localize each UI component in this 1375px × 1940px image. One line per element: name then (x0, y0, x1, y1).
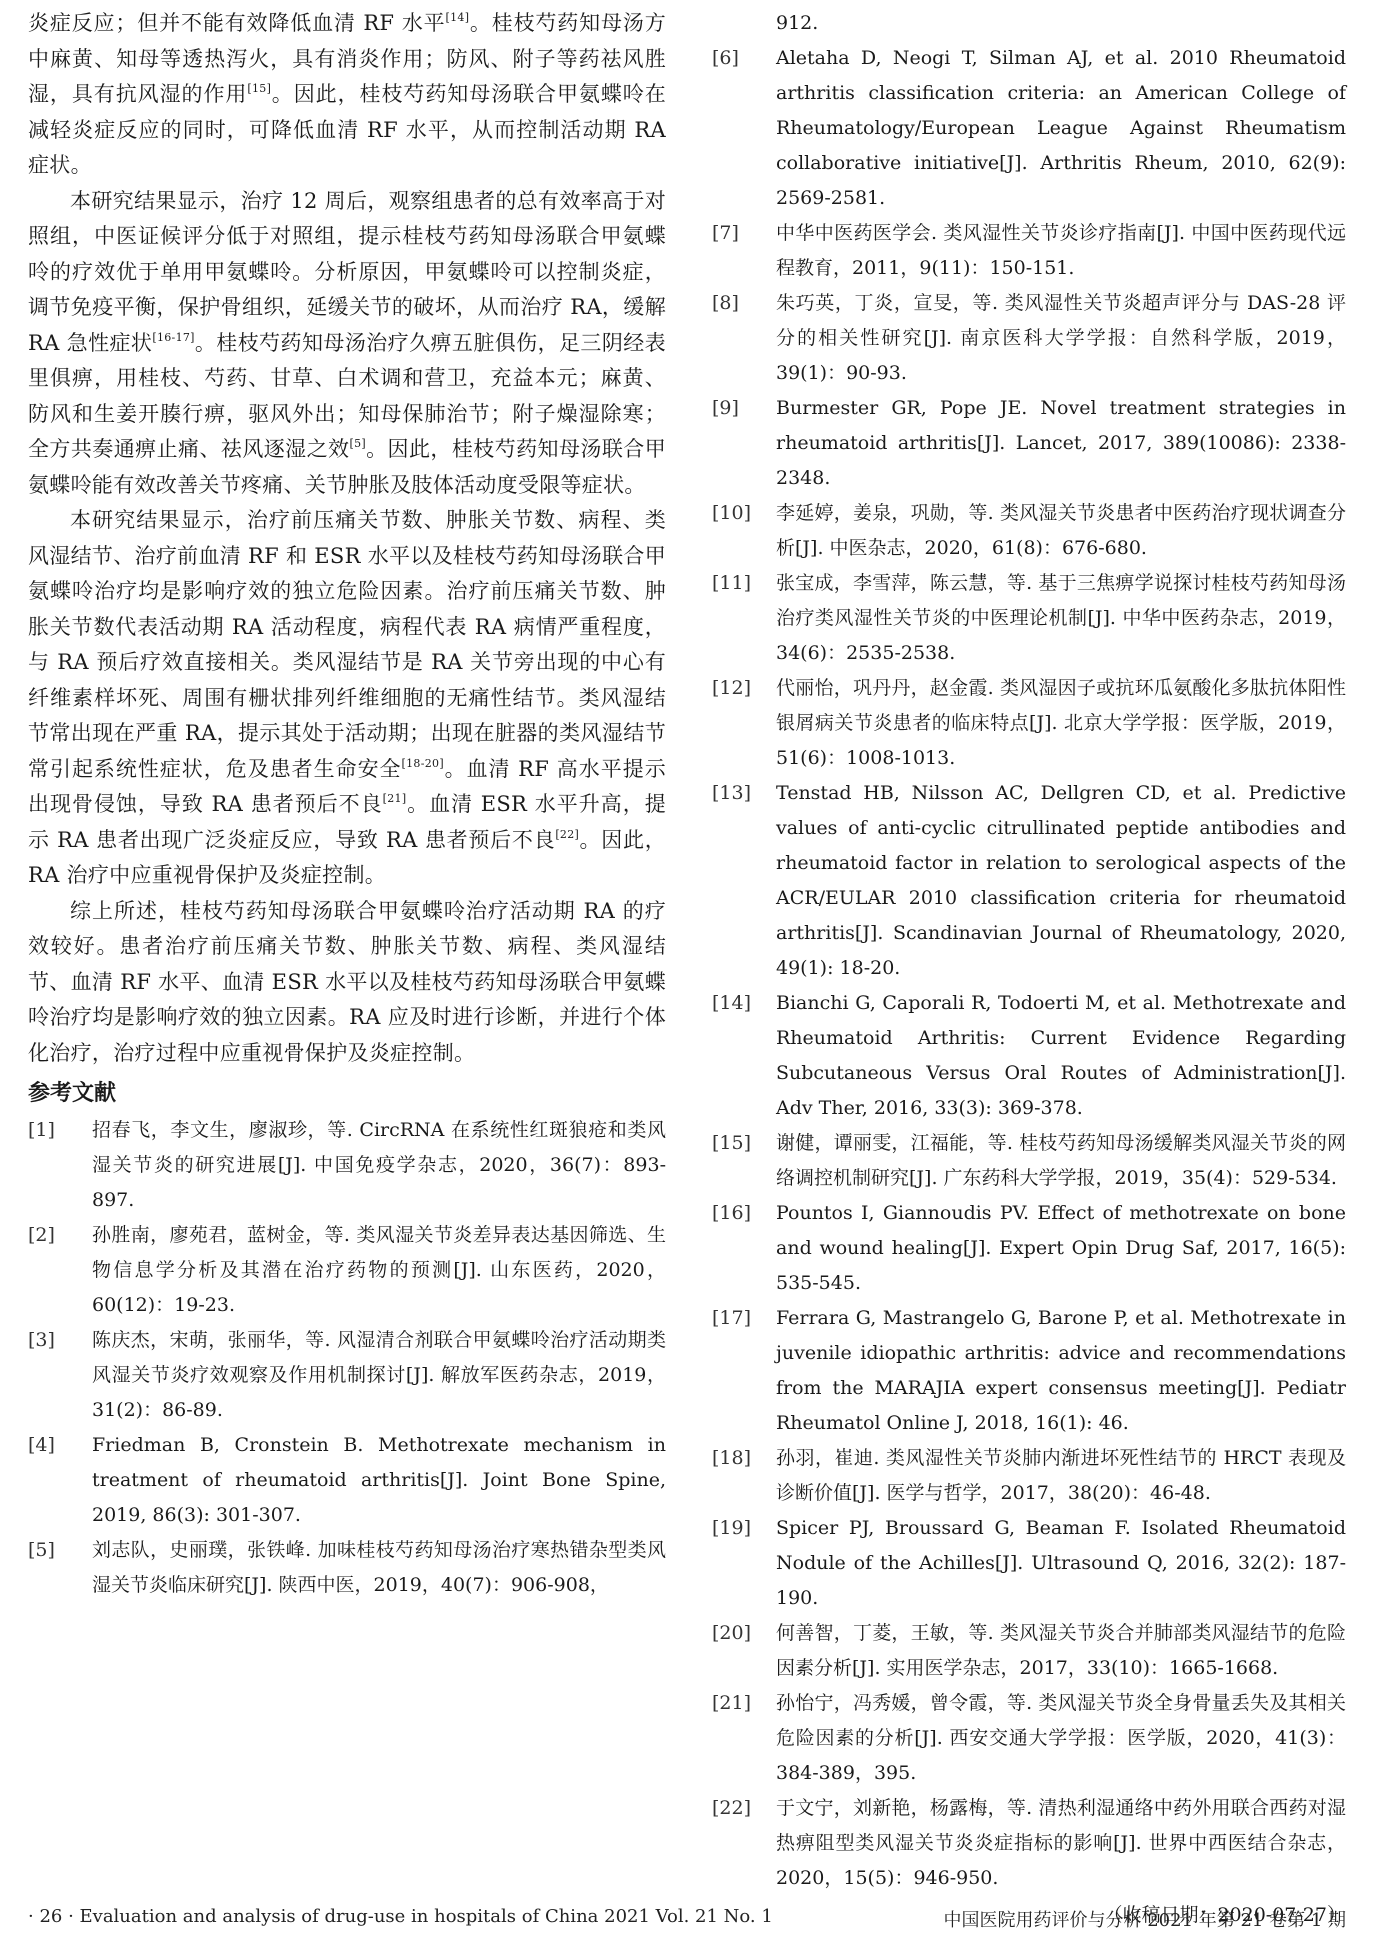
reference-number: [19] (712, 1511, 776, 1616)
reference-item: [4]Friedman B, Cronstein B. Methotrexate… (28, 1428, 666, 1533)
reference-number: [12] (712, 671, 776, 776)
body-paragraph: 综上所述，桂枝芍药知母汤联合甲氨蝶呤治疗活动期 RA 的疗效较好。患者治疗前压痛… (28, 894, 666, 1072)
reference-text: Pountos I, Giannoudis PV. Effect of meth… (776, 1196, 1346, 1301)
reference-text: 孙胜南，廖苑君，蓝树金，等. 类风湿关节炎差异表达基因筛选、生物信息学分析及其潜… (92, 1218, 666, 1323)
reference-item: [5]刘志队，史丽璞，张铁峰. 加味桂枝芍药知母汤治疗寒热错杂型类风湿关节炎临床… (28, 1533, 666, 1603)
body-paragraph: 本研究结果显示，治疗 12 周后，观察组患者的总有效率高于对照组，中医证候评分低… (28, 184, 666, 504)
reference-number: [16] (712, 1196, 776, 1301)
reference-number: [8] (712, 286, 776, 391)
right-column: 912. [6]Aletaha D, Neogi T, Silman AJ, e… (712, 0, 1346, 1933)
reference-text: 招春飞，李文生，廖淑珍，等. CircRNA 在系统性红斑狼疮和类风湿关节炎的研… (92, 1113, 666, 1218)
reference-text: Burmester GR, Pope JE. Novel treatment s… (776, 391, 1346, 496)
left-column: 炎症反应；但并不能有效降低血清 RF 水平[14]。桂枝芍药知母汤方中麻黄、知母… (28, 0, 666, 1603)
reference-item: [10]李延婷，姜泉，巩勋，等. 类风湿关节炎患者中医药治疗现状调查分析[J].… (712, 496, 1346, 566)
reference-item: [14]Bianchi G, Caporali R, Todoerti M, e… (712, 986, 1346, 1126)
reference-item: [22]于文宁，刘新艳，杨露梅，等. 清热利湿通络中药外用联合西药对湿热痹阻型类… (712, 1791, 1346, 1896)
reference-number: [3] (28, 1323, 92, 1428)
reference-number: [1] (28, 1113, 92, 1218)
reference-text: Friedman B, Cronstein B. Methotrexate me… (92, 1428, 666, 1533)
reference-number: [6] (712, 41, 776, 216)
reference-item: [7]中华中医药医学会. 类风湿性关节炎诊疗指南[J]. 中国中医药现代远程教育… (712, 216, 1346, 286)
reference-item: [17]Ferrara G, Mastrangelo G, Barone P, … (712, 1301, 1346, 1441)
reference-item: [9]Burmester GR, Pope JE. Novel treatmen… (712, 391, 1346, 496)
reference-item: [8]朱巧英，丁炎，宣旻，等. 类风湿性关节炎超声评分与 DAS-28 评分的相… (712, 286, 1346, 391)
reference-text: 刘志队，史丽璞，张铁峰. 加味桂枝芍药知母汤治疗寒热错杂型类风湿关节炎临床研究[… (92, 1533, 666, 1603)
footer-journal-en: · 26 · Evaluation and analysis of drug-u… (28, 1906, 773, 1932)
reference-item: [2]孙胜南，廖苑君，蓝树金，等. 类风湿关节炎差异表达基因筛选、生物信息学分析… (28, 1218, 666, 1323)
reference-item: [20]何善智，丁菱，王敏，等. 类风湿关节炎合并肺部类风湿结节的危险因素分析[… (712, 1616, 1346, 1686)
reference-number: [21] (712, 1686, 776, 1791)
reference-text: Ferrara G, Mastrangelo G, Barone P, et a… (776, 1301, 1346, 1441)
body-paragraph: 本研究结果显示，治疗前压痛关节数、肿胀关节数、病程、类风湿结节、治疗前血清 RF… (28, 503, 666, 894)
reference-number: [15] (712, 1126, 776, 1196)
reference-item: [19]Spicer PJ, Broussard G, Beaman F. Is… (712, 1511, 1346, 1616)
reference-item: [6]Aletaha D, Neogi T, Silman AJ, et al.… (712, 41, 1346, 216)
reference-text: 于文宁，刘新艳，杨露梅，等. 清热利湿通络中药外用联合西药对湿热痹阻型类风湿关节… (776, 1791, 1346, 1896)
page-footer: · 26 · Evaluation and analysis of drug-u… (28, 1906, 1346, 1932)
reference-text: Bianchi G, Caporali R, Todoerti M, et al… (776, 986, 1346, 1126)
reference-text: Aletaha D, Neogi T, Silman AJ, et al. 20… (776, 41, 1346, 216)
reference-text: 陈庆杰，宋萌，张丽华，等. 风湿清合剂联合甲氨蝶呤治疗活动期类风湿关节炎疗效观察… (92, 1323, 666, 1428)
reference-number: [10] (712, 496, 776, 566)
reference-text: 朱巧英，丁炎，宣旻，等. 类风湿性关节炎超声评分与 DAS-28 评分的相关性研… (776, 286, 1346, 391)
citation-superscript: [5] (349, 437, 365, 450)
citation-superscript: [18-20] (402, 757, 444, 770)
reference-continuation: 912. (712, 6, 1346, 41)
reference-item: [1]招春飞，李文生，廖淑珍，等. CircRNA 在系统性红斑狼疮和类风湿关节… (28, 1113, 666, 1218)
reference-text: 孙羽，崔迪. 类风湿性关节炎肺内渐进坏死性结节的 HRCT 表现及诊断价值[J]… (776, 1441, 1346, 1511)
reference-number: [14] (712, 986, 776, 1126)
reference-item: [11]张宝成，李雪萍，陈云慧，等. 基于三焦痹学说探讨桂枝芍药知母汤治疗类风湿… (712, 566, 1346, 671)
reference-item: [13]Tenstad HB, Nilsson AC, Dellgren CD,… (712, 776, 1346, 986)
reference-list-left: [1]招春飞，李文生，廖淑珍，等. CircRNA 在系统性红斑狼疮和类风湿关节… (28, 1113, 666, 1603)
reference-item: [3]陈庆杰，宋萌，张丽华，等. 风湿清合剂联合甲氨蝶呤治疗活动期类风湿关节炎疗… (28, 1323, 666, 1428)
reference-item: [18]孙羽，崔迪. 类风湿性关节炎肺内渐进坏死性结节的 HRCT 表现及诊断价… (712, 1441, 1346, 1511)
reference-number: [20] (712, 1616, 776, 1686)
reference-text: 代丽怡，巩丹丹，赵金霞. 类风湿因子或抗环瓜氨酸化多肽抗体阳性银屑病关节炎患者的… (776, 671, 1346, 776)
reference-text: 李延婷，姜泉，巩勋，等. 类风湿关节炎患者中医药治疗现状调查分析[J]. 中医杂… (776, 496, 1346, 566)
reference-text: Spicer PJ, Broussard G, Beaman F. Isolat… (776, 1511, 1346, 1616)
reference-item: [21]孙怡宁，冯秀媛，曾令霞，等. 类风湿关节炎全身骨量丢失及其相关危险因素的… (712, 1686, 1346, 1791)
reference-number: [7] (712, 216, 776, 286)
citation-superscript: [14] (446, 11, 470, 24)
reference-item: [12]代丽怡，巩丹丹，赵金霞. 类风湿因子或抗环瓜氨酸化多肽抗体阳性银屑病关节… (712, 671, 1346, 776)
reference-number: [18] (712, 1441, 776, 1511)
reference-text: 张宝成，李雪萍，陈云慧，等. 基于三焦痹学说探讨桂枝芍药知母汤治疗类风湿性关节炎… (776, 566, 1346, 671)
reference-item: [16]Pountos I, Giannoudis PV. Effect of … (712, 1196, 1346, 1301)
reference-number: [5] (28, 1533, 92, 1603)
reference-number: [2] (28, 1218, 92, 1323)
reference-list-right: [6]Aletaha D, Neogi T, Silman AJ, et al.… (712, 41, 1346, 1896)
reference-text: 孙怡宁，冯秀媛，曾令霞，等. 类风湿关节炎全身骨量丢失及其相关危险因素的分析[J… (776, 1686, 1346, 1791)
reference-number: [13] (712, 776, 776, 986)
citation-superscript: [15] (247, 82, 271, 95)
citation-superscript: [16-17] (152, 331, 194, 344)
body-paragraph: 炎症反应；但并不能有效降低血清 RF 水平[14]。桂枝芍药知母汤方中麻黄、知母… (28, 6, 666, 184)
reference-number: [9] (712, 391, 776, 496)
references-heading: 参考文献 (28, 1077, 666, 1111)
reference-text: 中华中医药医学会. 类风湿性关节炎诊疗指南[J]. 中国中医药现代远程教育，20… (776, 216, 1346, 286)
citation-superscript: [22] (555, 828, 579, 841)
footer-journal-cn: 中国医院用药评价与分析 2021 年第 21 卷第 1 期 (944, 1906, 1347, 1932)
reference-number: [22] (712, 1791, 776, 1896)
reference-number: [17] (712, 1301, 776, 1441)
reference-number: [11] (712, 566, 776, 671)
reference-item: [15]谢健，谭丽雯，江福能，等. 桂枝芍药知母汤缓解类风湿关节炎的网络调控机制… (712, 1126, 1346, 1196)
body-text: 炎症反应；但并不能有效降低血清 RF 水平[14]。桂枝芍药知母汤方中麻黄、知母… (28, 6, 666, 1071)
reference-text: Tenstad HB, Nilsson AC, Dellgren CD, et … (776, 776, 1346, 986)
reference-number: [4] (28, 1428, 92, 1533)
reference-text: 何善智，丁菱，王敏，等. 类风湿关节炎合并肺部类风湿结节的危险因素分析[J]. … (776, 1616, 1346, 1686)
reference-text: 谢健，谭丽雯，江福能，等. 桂枝芍药知母汤缓解类风湿关节炎的网络调控机制研究[J… (776, 1126, 1346, 1196)
citation-superscript: [21] (383, 792, 407, 805)
